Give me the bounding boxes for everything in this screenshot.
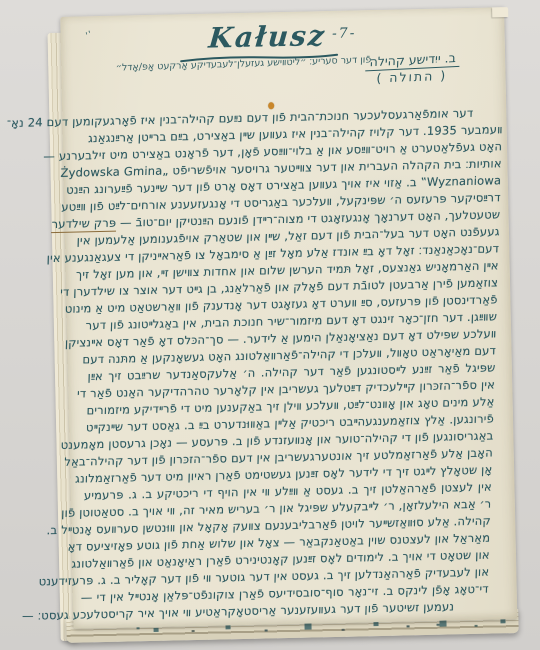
ink-blot (268, 102, 274, 109)
manuscript-photograph: Kałusz-7- פֿון דער סעריע׃ ״ליטװישע געזעל… (0, 0, 540, 650)
page-number: -7- (332, 25, 357, 42)
underlined-phrase: פּרק שילדער (51, 216, 116, 233)
ink-specks (137, 627, 140, 629)
section-heading-line2: ( התולה ) (332, 66, 491, 87)
section-heading: ב. ייִדישע קהילה ( התולה ) (332, 46, 492, 87)
manuscript-body: דער אומפֿאַרגעסלעכער חנוכת־הבית פֿון דעם… (80, 105, 503, 622)
manuscript-page: Kałusz-7- פֿון דער סעריע׃ ״ליטװישע געזעל… (60, 7, 517, 629)
page-title: Kałusz (207, 19, 327, 55)
notebook-pad: Kałusz-7- פֿון דער סעריע׃ ״ליטװישע געזעל… (47, 1, 523, 650)
